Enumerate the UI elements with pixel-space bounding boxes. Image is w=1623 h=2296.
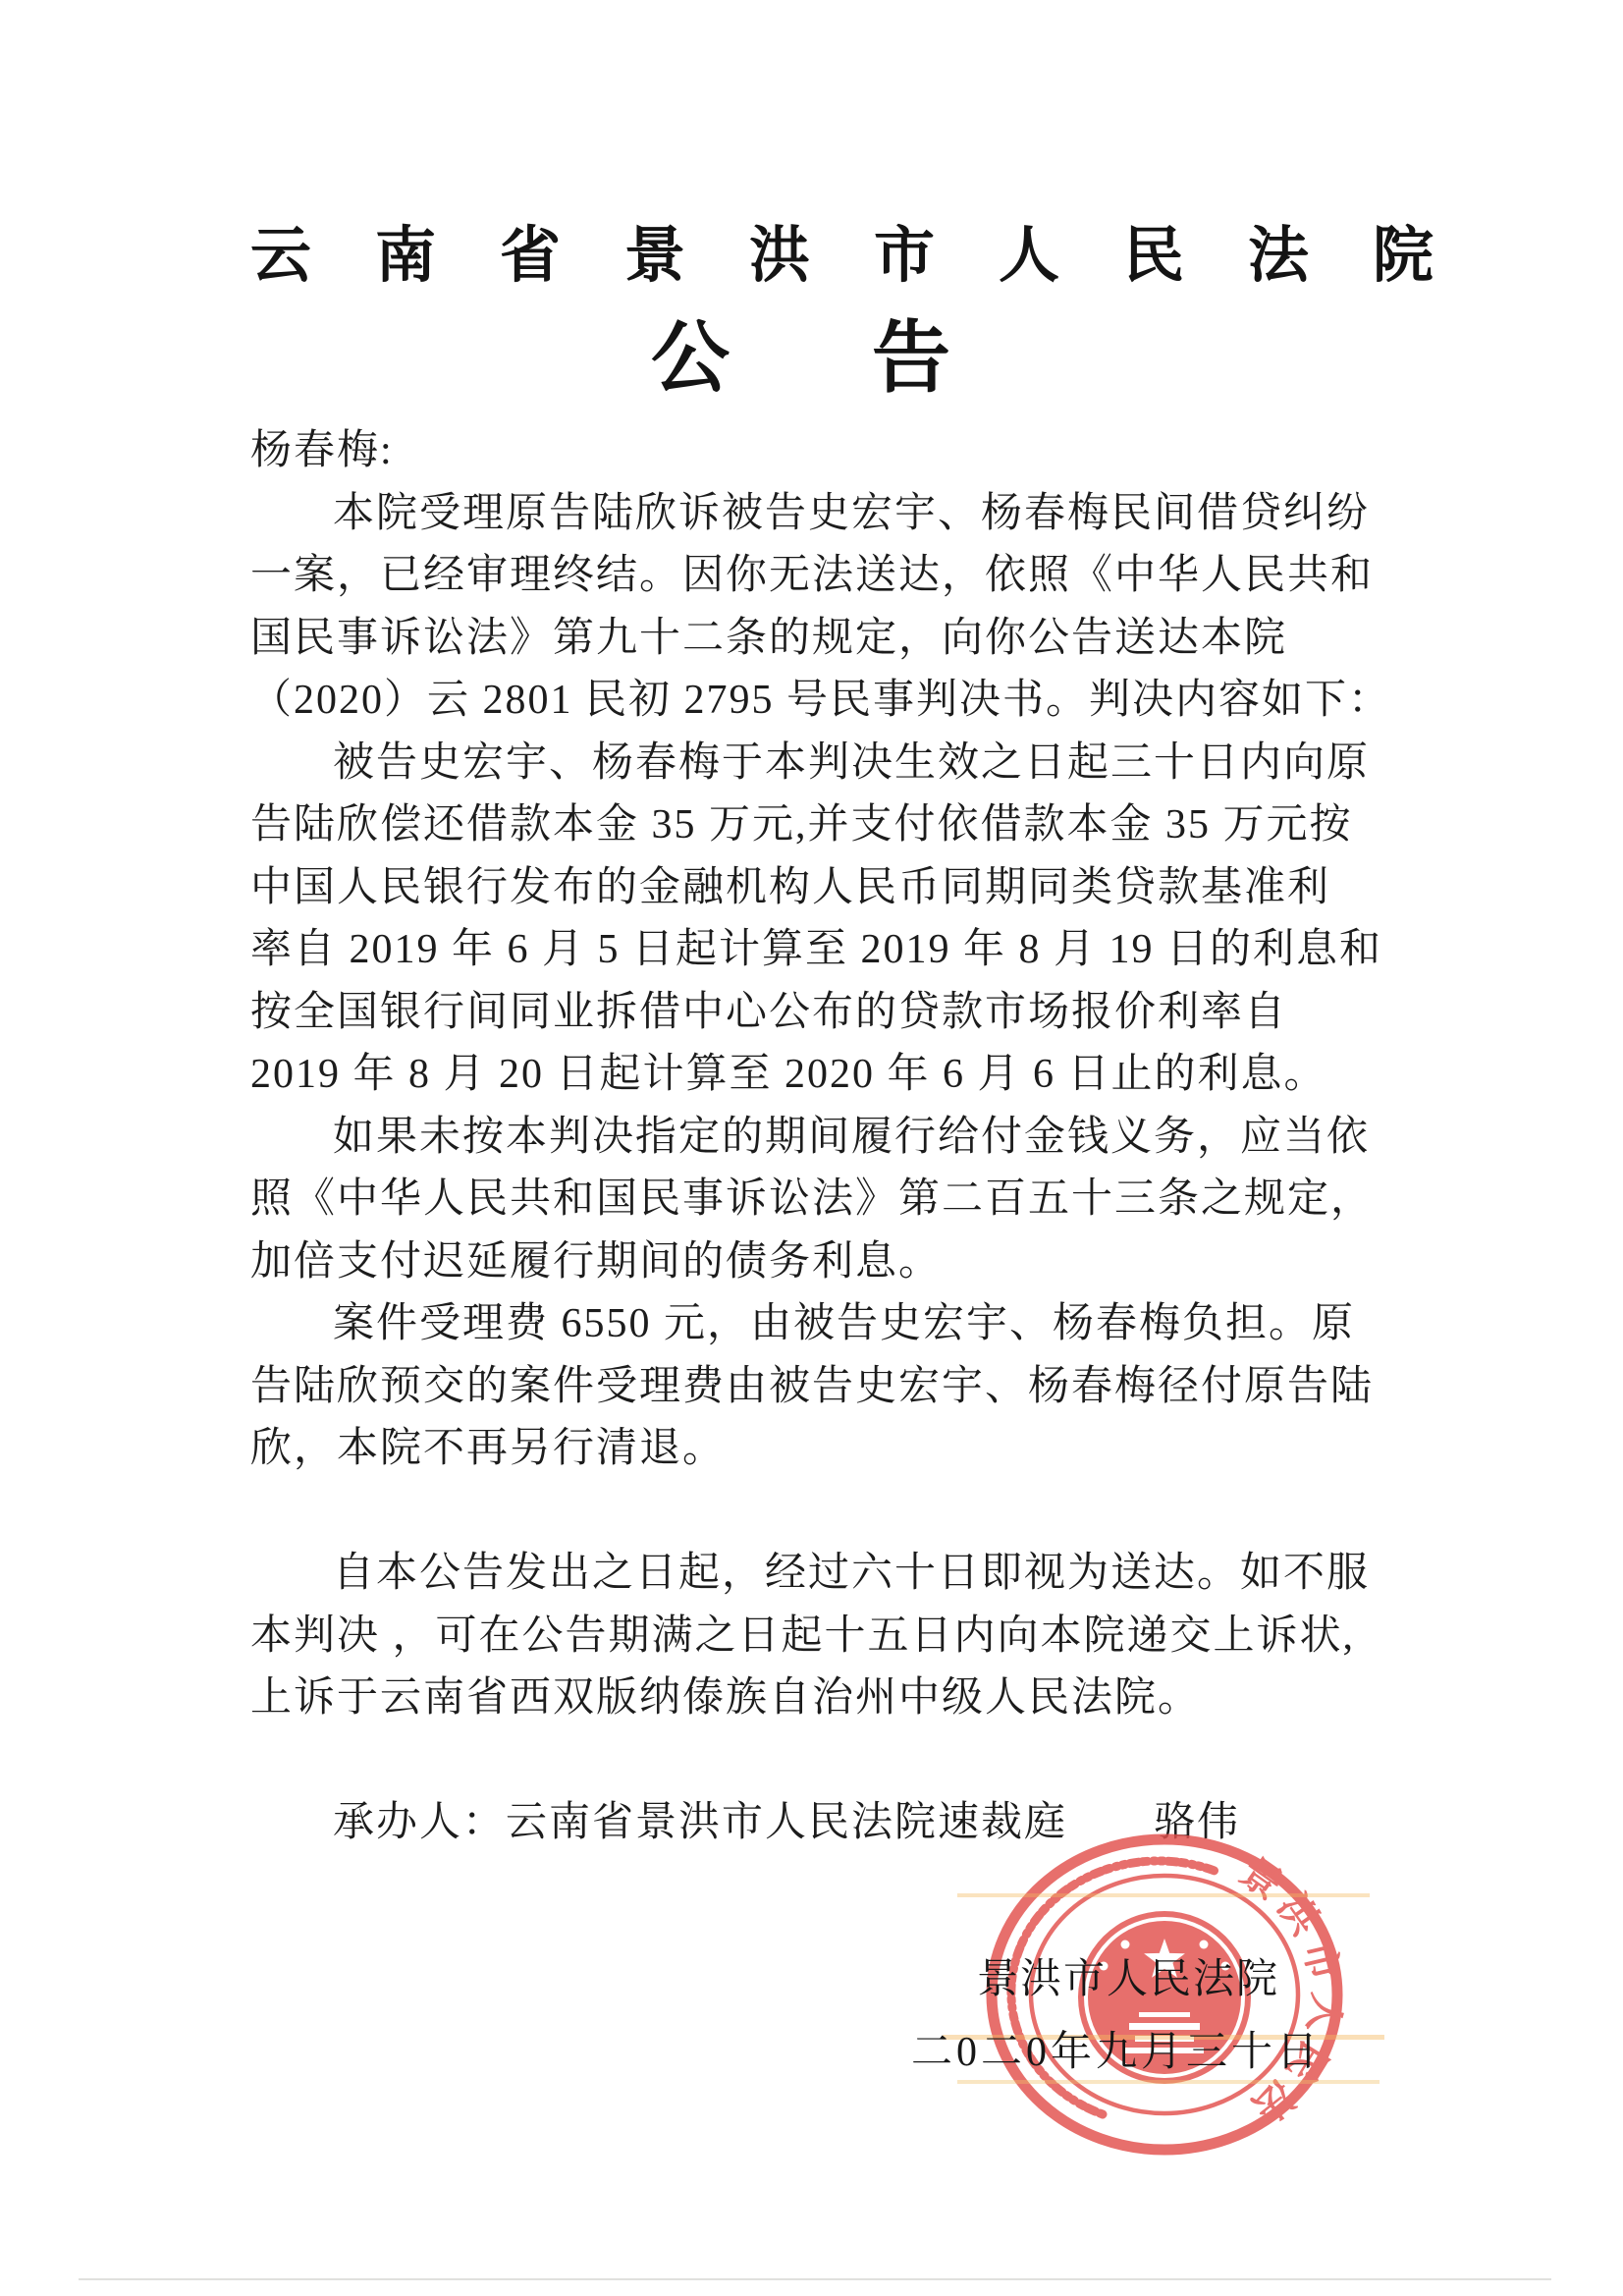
body-line: 率自 2019 年 6 月 5 日起计算至 2019 年 8 月 19 日的利息… <box>250 919 1399 982</box>
body-blank-line <box>250 1481 1399 1544</box>
body-line: 2019 年 8 月 20 日起计算至 2020 年 6 月 6 日止的利息。 <box>250 1044 1399 1107</box>
body-line: 加倍支付迟延履行期间的债务利息。 <box>250 1231 1399 1294</box>
body-line: 国民事诉讼法》第九十二条的规定，向你公告送达本院 <box>250 608 1399 671</box>
doc-type-char: 告 <box>872 295 950 408</box>
body-line: 欣，本院不再另行清退。 <box>250 1418 1399 1481</box>
signature-court: 景洪市人民法院 <box>977 1946 1279 2005</box>
body-line: 本院受理原告陆欣诉被告史宏宇、杨春梅民间借贷纠纷 <box>250 483 1399 546</box>
body-line: 本判决 ，可在公告期满之日起十五日内向本院递交上诉状, <box>250 1606 1399 1668</box>
court-name-heading: 云南省景洪市人民法院 <box>250 206 1488 275</box>
body-blank-line <box>250 1730 1399 1793</box>
body-line: 照《中华人民共和国民事诉讼法》第二百五十三条之规定， <box>250 1169 1399 1231</box>
document-page: 云南省景洪市人民法院 公 告 杨春梅:本院受理原告陆欣诉被告史宏宇、杨春梅民间借… <box>0 0 1623 2296</box>
signature-date: 二0二0年九月三十日 <box>911 2019 1322 2078</box>
body-line: 被告史宏宇、杨春梅于本判决生效之日起三十日内向原 <box>250 733 1399 795</box>
scan-streak <box>957 2080 1380 2084</box>
body-line: 告陆欣预交的案件受理费由被告史宏宇、杨春梅径付原告陆 <box>250 1356 1399 1419</box>
body-text: 杨春梅:本院受理原告陆欣诉被告史宏宇、杨春梅民间借贷纠纷一案，已经审理终结。因你… <box>250 420 1399 1855</box>
doc-type-char: 公 <box>651 295 730 408</box>
gate-roof <box>1139 2012 1190 2017</box>
body-line: 如果未按本判决指定的期间履行给付金钱义务，应当依 <box>250 1107 1399 1170</box>
doc-type-heading: 公 告 <box>651 295 950 408</box>
body-line: 上诉于云南省西双版纳傣族自治州中级人民法院。 <box>250 1667 1399 1730</box>
body-line: 杨春梅: <box>250 420 1399 483</box>
body-line: 自本公告发出之日起，经过六十日即视为送达。如不服 <box>250 1543 1399 1606</box>
body-line: 案件受理费 6550 元，由被告史宏宇、杨春梅负担。原 <box>250 1293 1399 1356</box>
scan-streak <box>957 1893 1370 1897</box>
body-line: 告陆欣偿还借款本金 35 万元,并支付依借款本金 35 万元按 <box>250 794 1399 857</box>
body-line: （2020）云 2801 民初 2795 号民事判决书。判决内容如下： <box>250 670 1399 733</box>
body-line: 中国人民银行发布的金融机构人民币同期同类贷款基准利 <box>250 857 1399 920</box>
body-line: 按全国银行间同业拆借中心公布的贷款市场报价利率自 <box>250 982 1399 1045</box>
scan-edge-line <box>79 2278 1551 2280</box>
body-line: 一案，已经审理终结。因你无法送达，依照《中华人民共和 <box>250 545 1399 608</box>
